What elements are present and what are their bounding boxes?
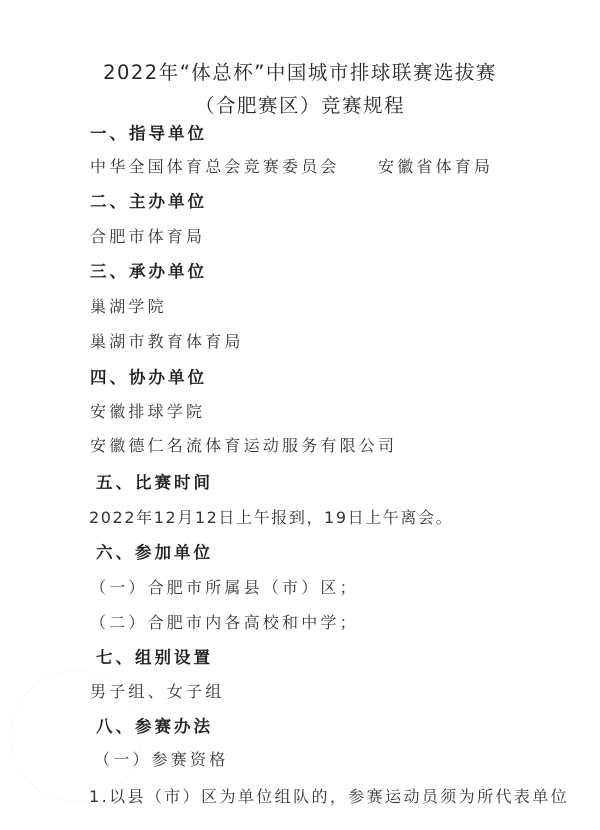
section-text-organizer-1: 巢湖学院: [90, 299, 167, 315]
section-heading-method: 八、参赛办法: [96, 719, 213, 736]
section-heading-schedule: 五、比赛时间: [96, 475, 213, 492]
section-text-participants-1: （一）合肥市所属县（市）区；: [90, 580, 359, 596]
section-text-method-2: 1.以县（市）区为单位组队的，参赛运动员须为所代表单位: [89, 789, 569, 805]
section-text-co-organizer-1: 安徽排球学院: [90, 404, 205, 420]
section-text-guidance: 中华全国体育总会竞赛委员会 安徽省体育局: [90, 159, 493, 175]
section-text-host: 合肥市体育局: [90, 229, 205, 245]
section-text-organizer-2: 巢湖市教育体育局: [90, 334, 244, 350]
section-heading-co-organizer: 四、协办单位: [90, 370, 207, 387]
section-text-participants-2: （二）合肥市内各高校和中学；: [90, 615, 359, 631]
section-heading-organizer: 三、承办单位: [90, 264, 207, 281]
section-heading-guidance: 一、指导单位: [90, 126, 207, 143]
section-text-groups: 男子组、女子组: [90, 684, 224, 700]
section-text-method-1: （一）参赛资格: [94, 752, 228, 768]
section-heading-host: 二、主办单位: [90, 194, 207, 211]
section-heading-participants: 六、参加单位: [96, 545, 213, 562]
document-title-line-2: （合肥赛区）竞赛规程: [0, 90, 600, 118]
section-text-co-organizer-2: 安徽德仁名流体育运动服务有限公司: [90, 438, 397, 454]
section-heading-groups: 七、组别设置: [96, 650, 213, 667]
section-text-schedule: 2022年12月12日上午报到，19日上午离会。: [89, 510, 453, 526]
document-page: 2022年“体总杯”中国城市排球联赛选拔赛 （合肥赛区）竞赛规程 一、指导单位 …: [0, 0, 600, 830]
document-title-line-1: 2022年“体总杯”中国城市排球联赛选拔赛: [0, 57, 600, 85]
